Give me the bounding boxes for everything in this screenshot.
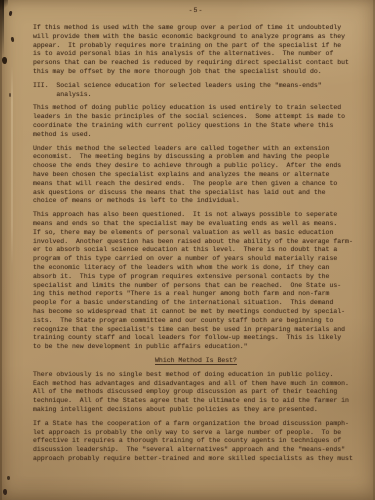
paragraph-method-description: This method of doing public policy educa…	[33, 104, 359, 139]
scan-corner-smudge	[0, 0, 8, 10]
document-page: -5- If this method is used with the same…	[0, 0, 375, 500]
section-heading: Which Method Is Best?	[33, 357, 359, 366]
text-line: the economic literacy of the leaders wit…	[33, 264, 359, 273]
text-line: has become so widespread that it cannot …	[33, 308, 359, 317]
text-line: absorb it. This type of program requires…	[33, 273, 359, 282]
text-line: means and ends so that the specialist ma…	[33, 220, 359, 229]
text-line: this may be offset by the more thorough …	[33, 68, 359, 77]
text-line: have been chosen the specialist explains…	[33, 171, 359, 180]
ink-speck	[9, 93, 11, 97]
text-line: will provide them with the basic economi…	[33, 33, 359, 42]
text-line: involved. Another question has been rais…	[33, 238, 359, 247]
scan-edge-shadow-top-left	[0, 0, 4, 58]
text-line: program of this type carried on over a n…	[33, 255, 359, 264]
text-line: If a State has the cooperation of a farm…	[33, 420, 359, 429]
paragraph-method-evaluation: If this method is used with the same gro…	[33, 24, 359, 77]
text-line: If this method is used with the same gro…	[33, 24, 359, 33]
paragraph-state-cooperation: If a State has the cooperation of a farm…	[33, 420, 359, 464]
text-line: All of the methods discussed employ grou…	[33, 388, 359, 397]
text-line: technique. All of the States agree that …	[33, 397, 359, 406]
text-line: leaders in the basic principles of the s…	[33, 113, 359, 122]
text-line: III. Social science education for select…	[33, 82, 359, 91]
scan-edge-shadow-left	[0, 0, 2, 500]
text-line: recognize that the specialist's time can…	[33, 326, 359, 335]
text-line: ists. The State program committee and ou…	[33, 317, 359, 326]
text-line: coordinate the training with current pol…	[33, 122, 359, 131]
text-line: This method of doing public policy educa…	[33, 104, 359, 113]
text-line: If so, there may be elements of personal…	[33, 229, 359, 238]
list-item-roman-three: III. Social science education for select…	[33, 82, 359, 100]
text-line: This approach has also been questioned. …	[33, 211, 359, 220]
text-line: There obviously is no single best method…	[33, 371, 359, 380]
text-line: persons that can be reached is reduced b…	[33, 59, 359, 68]
text-line: to be the new development in public affa…	[33, 343, 359, 352]
ink-speck	[11, 37, 15, 42]
text-line: specialist and limits the number of pers…	[33, 282, 359, 291]
text-line: effective it requires a thorough trainin…	[33, 437, 359, 446]
text-line: making intelligent decisions about publi…	[33, 406, 359, 415]
ink-speck	[3, 489, 7, 495]
ink-speck	[8, 11, 12, 17]
text-line: choice of means or methods is left to th…	[33, 197, 359, 206]
paper-crease	[11, 66, 13, 266]
text-line: approach probably require better-trained…	[33, 455, 359, 464]
ink-speck	[2, 57, 7, 64]
text-line: is to avoid personal bias in his analysi…	[33, 50, 359, 59]
text-line: means that will reach the desired ends. …	[33, 180, 359, 189]
text-line: er to absorb social science education at…	[33, 246, 359, 255]
text-line: choose the ends they desire to achieve t…	[33, 162, 359, 171]
paragraph-no-single-best: There obviously is no single best method…	[33, 371, 359, 415]
text-line: ing this method reports "There is a real…	[33, 290, 359, 299]
page-number: -5-	[33, 7, 359, 16]
text-line: people for a basic understanding of the …	[33, 299, 359, 308]
text-line: method is used.	[33, 131, 359, 140]
paragraph-method-process: Under this method the selected leaders a…	[33, 145, 359, 207]
text-line: training county staff and local leaders …	[33, 334, 359, 343]
text-line: discussion leadership. The "several alte…	[33, 446, 359, 455]
text-line: economist. The meeting begins by discuss…	[33, 153, 359, 162]
text-line: analysis.	[33, 91, 359, 100]
paragraph-approach-questioned: This approach has also been questioned. …	[33, 211, 359, 352]
ink-speck	[7, 476, 10, 480]
